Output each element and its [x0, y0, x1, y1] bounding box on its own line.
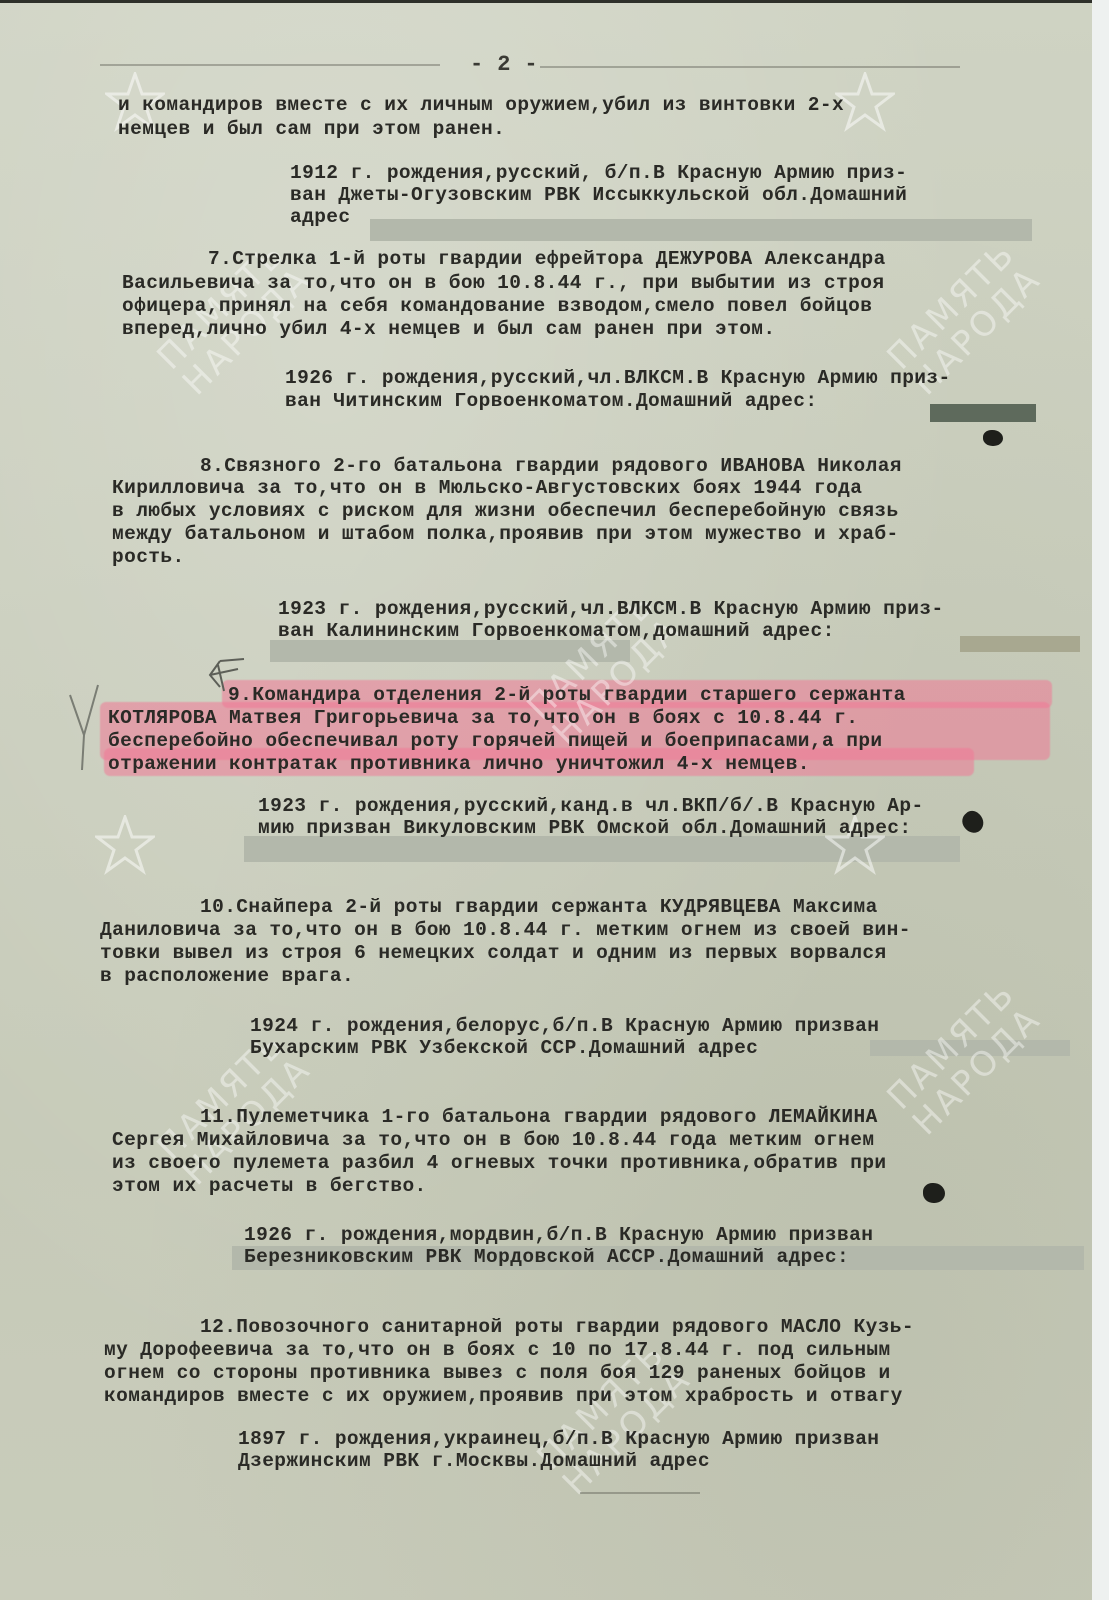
- continuation-line: немцев и был сам при этом ранен.: [118, 118, 505, 140]
- scan-margin: [1092, 0, 1109, 1600]
- document-text: - 2 - и командиров вместе с их личным ор…: [0, 0, 1092, 1600]
- page-number: - 2 -: [470, 52, 538, 77]
- continuation-bio: ван Джеты-Огузовским РВК Иссыккульской о…: [290, 184, 907, 206]
- continuation-bio: адрес: [290, 206, 351, 228]
- continuation-line: и командиров вместе с их личным оружием,…: [118, 94, 844, 116]
- continuation-bio: 1912 г. рождения,русский, б/п.В Красную …: [290, 162, 907, 184]
